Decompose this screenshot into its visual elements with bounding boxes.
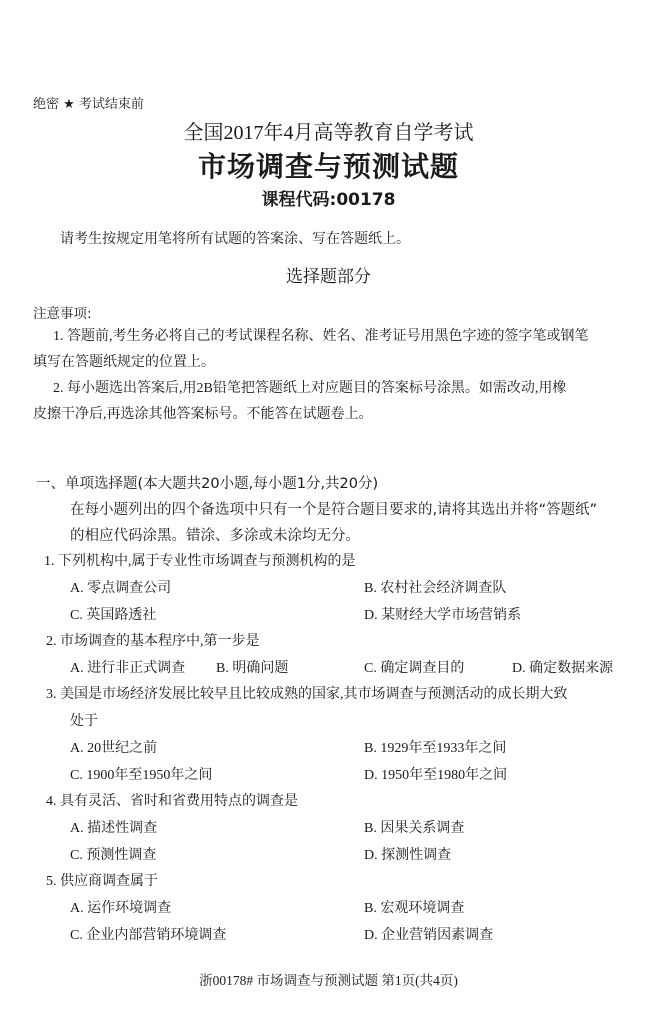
part-one-desc: 在每小题列出的四个备选项中只有一个是符合题目要求的,请将其选出并将“答题纸” — [70, 498, 597, 519]
confidential-label: 绝密 ★ 考试结束前 — [33, 93, 144, 112]
question-2-option-d: D. 确定数据来源 — [512, 657, 613, 677]
course-code: 课程代码:00178 — [0, 185, 657, 210]
question-2-option-b: B. 明确问题 — [216, 657, 288, 677]
question-5-stem: 5. 供应商调查属于 — [46, 870, 158, 890]
question-5-option-a: A. 运作环境调查 — [70, 897, 171, 917]
question-4-option-c: C. 预测性调查 — [70, 844, 156, 864]
question-1-option-c: C. 英国路透社 — [70, 604, 156, 624]
notice-item-2: 2. 每小题选出答案后,用2B铅笔把答题纸上对应题目的答案标号涂黑。如需改动,用… — [53, 377, 566, 397]
question-4-option-b: B. 因果关系调查 — [364, 817, 464, 837]
question-1-option-b: B. 农村社会经济调查队 — [364, 577, 506, 597]
subject-title: 市场调查与预测试题 — [0, 145, 657, 185]
question-1-option-d: D. 某财经大学市场营销系 — [364, 604, 521, 624]
question-4-option-d: D. 探测性调查 — [364, 844, 451, 864]
part-one-title: 一、单项选择题(本大题共20小题,每小题1分,共20分) — [36, 472, 378, 493]
notice-item-2-cont: 皮擦干净后,再选涂其他答案标号。不能答在试题卷上。 — [33, 403, 373, 423]
question-3-option-d: D. 1950年至1980年之间 — [364, 764, 507, 784]
notice-item-1-cont: 填写在答题纸规定的位置上。 — [33, 351, 215, 371]
question-5-option-b: B. 宏观环境调查 — [364, 897, 464, 917]
question-5-option-d: D. 企业营销因素调查 — [364, 924, 493, 944]
question-3-option-b: B. 1929年至1933年之间 — [364, 737, 506, 757]
question-3-option-a: A. 20世纪之前 — [70, 737, 157, 757]
answer-instruction: 请考生按规定用笔将所有试题的答案涂、写在答题纸上。 — [60, 228, 410, 248]
question-5-option-c: C. 企业内部营销环境调查 — [70, 924, 226, 944]
notice-item-1: 1. 答题前,考生务必将自己的考试课程名称、姓名、准考证号用黑色字迹的签字笔或钢… — [53, 325, 589, 345]
question-4-stem: 4. 具有灵活、省时和省费用特点的调查是 — [46, 790, 298, 810]
question-3-option-c: C. 1900年至1950年之间 — [70, 764, 212, 784]
exam-title: 全国2017年4月高等教育自学考试 — [0, 116, 657, 145]
question-3-stem: 3. 美国是市场经济发展比较早且比较成熟的国家,其市场调查与预测活动的成长期大致 — [46, 683, 568, 703]
question-2-stem: 2. 市场调查的基本程序中,第一步是 — [46, 630, 260, 650]
section-title: 选择题部分 — [0, 262, 657, 287]
question-1-option-a: A. 零点调查公司 — [70, 577, 171, 597]
question-2-option-a: A. 进行非正式调查 — [70, 657, 185, 677]
question-1-stem: 1. 下列机构中,属于专业性市场调查与预测机构的是 — [44, 550, 356, 570]
question-2-option-c: C. 确定调查目的 — [364, 657, 464, 677]
part-one-desc-cont: 的相应代码涂黑。错涂、多涂或未涂均无分。 — [70, 524, 360, 545]
question-3-stem-cont: 处于 — [70, 710, 98, 730]
page-footer: 浙00178# 市场调查与预测试题 第1页(共4页) — [0, 969, 657, 989]
notice-title: 注意事项: — [33, 302, 92, 322]
question-4-option-a: A. 描述性调查 — [70, 817, 157, 837]
